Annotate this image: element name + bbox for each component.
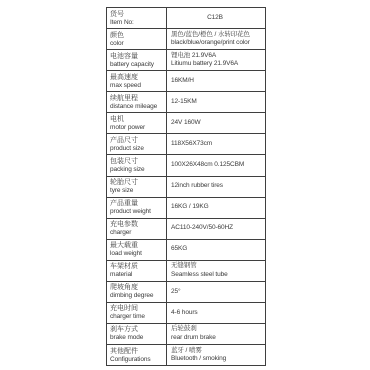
spec-label: 其他配件 Configurations xyxy=(107,345,166,365)
spec-label-zh: 充电参数 xyxy=(110,220,165,229)
spec-label-zh: 电机 xyxy=(110,115,165,124)
spec-value: 16KG / 19KG xyxy=(166,198,265,218)
spec-label-zh: 其他配件 xyxy=(110,347,165,356)
spec-label-zh: 电池容量 xyxy=(110,52,165,61)
spec-row: 最高速度 max speed 16KM/H xyxy=(107,70,265,91)
spec-label-en: tyre size xyxy=(110,187,165,195)
spec-value-line: 12-15KM xyxy=(171,98,263,107)
spec-row: 轮胎尺寸 tyre size 12inch rubber tires xyxy=(107,176,265,197)
spec-row: 产品尺寸 product size 118X56X73cm xyxy=(107,133,265,154)
spec-value: 蓝牙 / 喷雾Bluetooth / smoking xyxy=(166,345,265,365)
spec-label-en: packing size xyxy=(110,166,165,174)
spec-value: 16KM/H xyxy=(166,71,265,91)
spec-label-en: motor power xyxy=(110,124,165,132)
spec-label-en: color xyxy=(110,40,165,48)
spec-label-en: load weight xyxy=(110,250,165,258)
spec-value-line: 蓝牙 / 喷雾 xyxy=(171,347,263,356)
spec-value-line: black/blue/orange/print color xyxy=(171,39,263,48)
spec-label-en: product size xyxy=(110,145,165,153)
spec-row: 包装尺寸 packing size 100X26X48cm 0.125CBM xyxy=(107,154,265,175)
spec-value: 25° xyxy=(166,282,265,302)
spec-value: C12B xyxy=(166,8,265,28)
product-spec-sheet: 货号 Item No: C12B 颜色 color 黑色/蓝色/橙色 / 水转印… xyxy=(0,0,370,370)
spec-label-zh: 产品尺寸 xyxy=(110,136,165,145)
spec-label-zh: 爬坡角度 xyxy=(110,283,165,292)
spec-label-en: distance mileage xyxy=(110,103,165,111)
spec-value-line: 锂电池 21.9V6A xyxy=(171,52,263,61)
spec-value-line: C12B xyxy=(207,14,223,23)
spec-label-zh: 刹车方式 xyxy=(110,325,165,334)
spec-value-line: AC110-240V/50-60HZ xyxy=(171,224,263,233)
spec-label: 充电参数 charger xyxy=(107,219,166,239)
spec-label: 最高速度 max speed xyxy=(107,71,166,91)
spec-value: 无缝钢管Seamless steel tube xyxy=(166,261,265,281)
spec-label-zh: 包装尺寸 xyxy=(110,157,165,166)
spec-label-en: max speed xyxy=(110,82,165,90)
spec-value: 118X56X73cm xyxy=(166,134,265,154)
spec-label: 刹车方式 brake mode xyxy=(107,324,166,344)
spec-label-zh: 轮胎尺寸 xyxy=(110,178,165,187)
spec-label-zh: 最高速度 xyxy=(110,73,165,82)
spec-value: 后轮鼓刹rear drum brake xyxy=(166,324,265,344)
spec-value: 锂电池 21.9V6ALitiumu battery 21.9V6A xyxy=(166,50,265,70)
spec-row: 续航里程 distance mileage 12-15KM xyxy=(107,91,265,112)
spec-row: 其他配件 Configurations 蓝牙 / 喷雾Bluetooth / s… xyxy=(107,344,265,365)
spec-label: 包装尺寸 packing size xyxy=(107,155,166,175)
spec-value: 4-6 hours xyxy=(166,303,265,323)
spec-value-line: 100X26X48cm 0.125CBM xyxy=(171,161,263,170)
spec-value-line: rear drum brake xyxy=(171,334,263,343)
spec-label-en: material xyxy=(110,271,165,279)
spec-label: 最大载重 load weight xyxy=(107,240,166,260)
spec-value-line: Bluetooth / smoking xyxy=(171,355,263,364)
spec-row: 充电参数 charger AC110-240V/50-60HZ xyxy=(107,218,265,239)
spec-value-line: 65KG xyxy=(171,245,263,254)
spec-row: 产品重量 product weight 16KG / 19KG xyxy=(107,197,265,218)
spec-value: 12inch rubber tires xyxy=(166,177,265,197)
spec-value: 65KG xyxy=(166,240,265,260)
spec-label: 电机 motor power xyxy=(107,113,166,133)
spec-row: 货号 Item No: C12B xyxy=(107,8,265,28)
spec-label-en: battery capacity xyxy=(110,61,165,69)
spec-label-en: Item No: xyxy=(110,19,165,27)
spec-value-line: 无缝钢管 xyxy=(171,262,263,271)
spec-label-zh: 最大载重 xyxy=(110,241,165,250)
spec-label-en: product weight xyxy=(110,208,165,216)
spec-label-zh: 货号 xyxy=(110,10,165,19)
spec-row: 车架材质 material 无缝钢管Seamless steel tube xyxy=(107,260,265,281)
spec-value-line: 12inch rubber tires xyxy=(171,182,263,191)
spec-value-line: Litiumu battery 21.9V6A xyxy=(171,60,263,69)
spec-label: 爬坡角度 dimbing degree xyxy=(107,282,166,302)
spec-row: 电池容量 battery capacity 锂电池 21.9V6ALitiumu… xyxy=(107,49,265,70)
spec-value: AC110-240V/50-60HZ xyxy=(166,219,265,239)
spec-table: 货号 Item No: C12B 颜色 color 黑色/蓝色/橙色 / 水转印… xyxy=(106,7,266,366)
spec-label-en: charger xyxy=(110,229,165,237)
spec-label: 充电时间 charger time xyxy=(107,303,166,323)
spec-label: 产品尺寸 product size xyxy=(107,134,166,154)
spec-row: 充电时间 charger time 4-6 hours xyxy=(107,302,265,323)
spec-label-en: Configurations xyxy=(110,356,165,364)
spec-row: 爬坡角度 dimbing degree 25° xyxy=(107,281,265,302)
spec-value-line: 16KG / 19KG xyxy=(171,203,263,212)
spec-label-en: dimbing degree xyxy=(110,292,165,300)
spec-value: 100X26X48cm 0.125CBM xyxy=(166,155,265,175)
spec-label-zh: 颜色 xyxy=(110,31,165,40)
spec-row: 电机 motor power 24V 160W xyxy=(107,112,265,133)
spec-value-line: Seamless steel tube xyxy=(171,271,263,280)
spec-value-line: 黑色/蓝色/橙色 / 水转印花色 xyxy=(171,31,263,40)
spec-value: 12-15KM xyxy=(166,92,265,112)
spec-label-zh: 车架材质 xyxy=(110,262,165,271)
spec-row: 最大载重 load weight 65KG xyxy=(107,239,265,260)
spec-value-line: 118X56X73cm xyxy=(171,140,263,149)
spec-label-en: brake mode xyxy=(110,334,165,342)
spec-label-zh: 产品重量 xyxy=(110,199,165,208)
spec-value-line: 后轮鼓刹 xyxy=(171,325,263,334)
spec-value-line: 16KM/H xyxy=(171,77,263,86)
spec-label: 车架材质 material xyxy=(107,261,166,281)
spec-value-line: 25° xyxy=(171,288,263,297)
spec-label: 货号 Item No: xyxy=(107,8,166,28)
spec-label: 产品重量 product weight xyxy=(107,198,166,218)
spec-label-zh: 充电时间 xyxy=(110,304,165,313)
spec-label: 颜色 color xyxy=(107,29,166,49)
spec-row: 颜色 color 黑色/蓝色/橙色 / 水转印花色black/blue/oran… xyxy=(107,28,265,49)
spec-value: 24V 160W xyxy=(166,113,265,133)
spec-label: 电池容量 battery capacity xyxy=(107,50,166,70)
spec-value-line: 4-6 hours xyxy=(171,309,263,318)
spec-value: 黑色/蓝色/橙色 / 水转印花色black/blue/orange/print … xyxy=(166,29,265,49)
spec-label-en: charger time xyxy=(110,313,165,321)
spec-label: 续航里程 distance mileage xyxy=(107,92,166,112)
spec-label: 轮胎尺寸 tyre size xyxy=(107,177,166,197)
spec-value-line: 24V 160W xyxy=(171,119,263,128)
spec-label-zh: 续航里程 xyxy=(110,94,165,103)
spec-row: 刹车方式 brake mode 后轮鼓刹rear drum brake xyxy=(107,323,265,344)
